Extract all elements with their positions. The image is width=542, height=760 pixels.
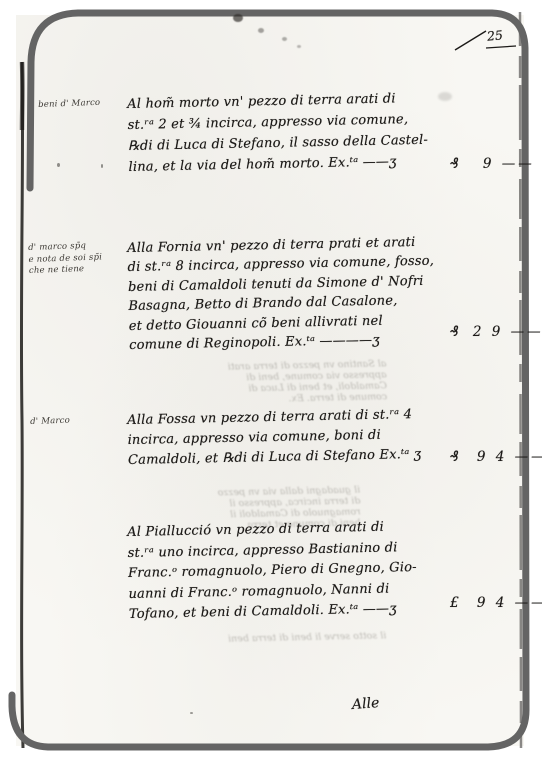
- folio-slash-mark: [455, 31, 486, 50]
- entry-4-body: Al Piallucció vn pezzo di terra arati di…: [127, 517, 418, 626]
- ink-blot: [233, 14, 243, 22]
- catchword: Alle: [351, 695, 379, 713]
- entry-4-amount: £9 4 ——: [450, 595, 542, 611]
- currency-symbol: ₰: [450, 156, 459, 172]
- ink-speck: [101, 164, 103, 168]
- amount-value: 9 4 ——: [477, 449, 542, 465]
- entry-2-amount: ₰2 9 ——: [450, 324, 542, 340]
- ink-speck: [190, 712, 193, 714]
- amount-value: 9 ——: [483, 156, 535, 172]
- currency-symbol: ₰: [450, 449, 459, 465]
- currency-symbol: £: [450, 595, 459, 611]
- margin-note-line: beni d' Marco: [38, 98, 101, 112]
- manuscript-scan-page: al Santino vn pezzo di terra arati appre…: [0, 0, 542, 760]
- paper-right-edge-line: [520, 12, 521, 748]
- folio-number: 25: [486, 27, 503, 44]
- entry-3-margin-note: d' Marco: [30, 416, 70, 429]
- entry-2-body: Alla Fornia vn' pezzo di terra prati et …: [127, 233, 436, 356]
- folio-underline-mark: [486, 46, 516, 48]
- ink-smudge: [438, 92, 452, 101]
- entry-3-body: Alla Fossa vn pezzo di terra arati di st…: [127, 405, 422, 471]
- entry-1-amount: ₰9 ——: [450, 156, 535, 172]
- entry-2-margin-note: d' marco sp̃q e nota de soi sp̃i che ne …: [28, 240, 103, 277]
- book-gutter-line: [21, 62, 23, 748]
- currency-symbol: ₰: [450, 324, 459, 340]
- ink-blot: [282, 37, 287, 41]
- margin-note-line: d' Marco: [30, 416, 70, 429]
- ink-blot: [297, 45, 301, 48]
- ink-speck: [57, 163, 60, 167]
- amount-value: 2 9 ——: [473, 324, 542, 340]
- entry-1-body: Al hom̃ morto vn' pezzo di terra arati d…: [127, 88, 429, 178]
- entry-3-amount: ₰9 4 ——: [450, 449, 542, 465]
- ink-blot: [258, 28, 264, 33]
- entry-1-margin-note: beni d' Marco: [38, 98, 101, 112]
- amount-value: 9 4 ——: [477, 595, 542, 611]
